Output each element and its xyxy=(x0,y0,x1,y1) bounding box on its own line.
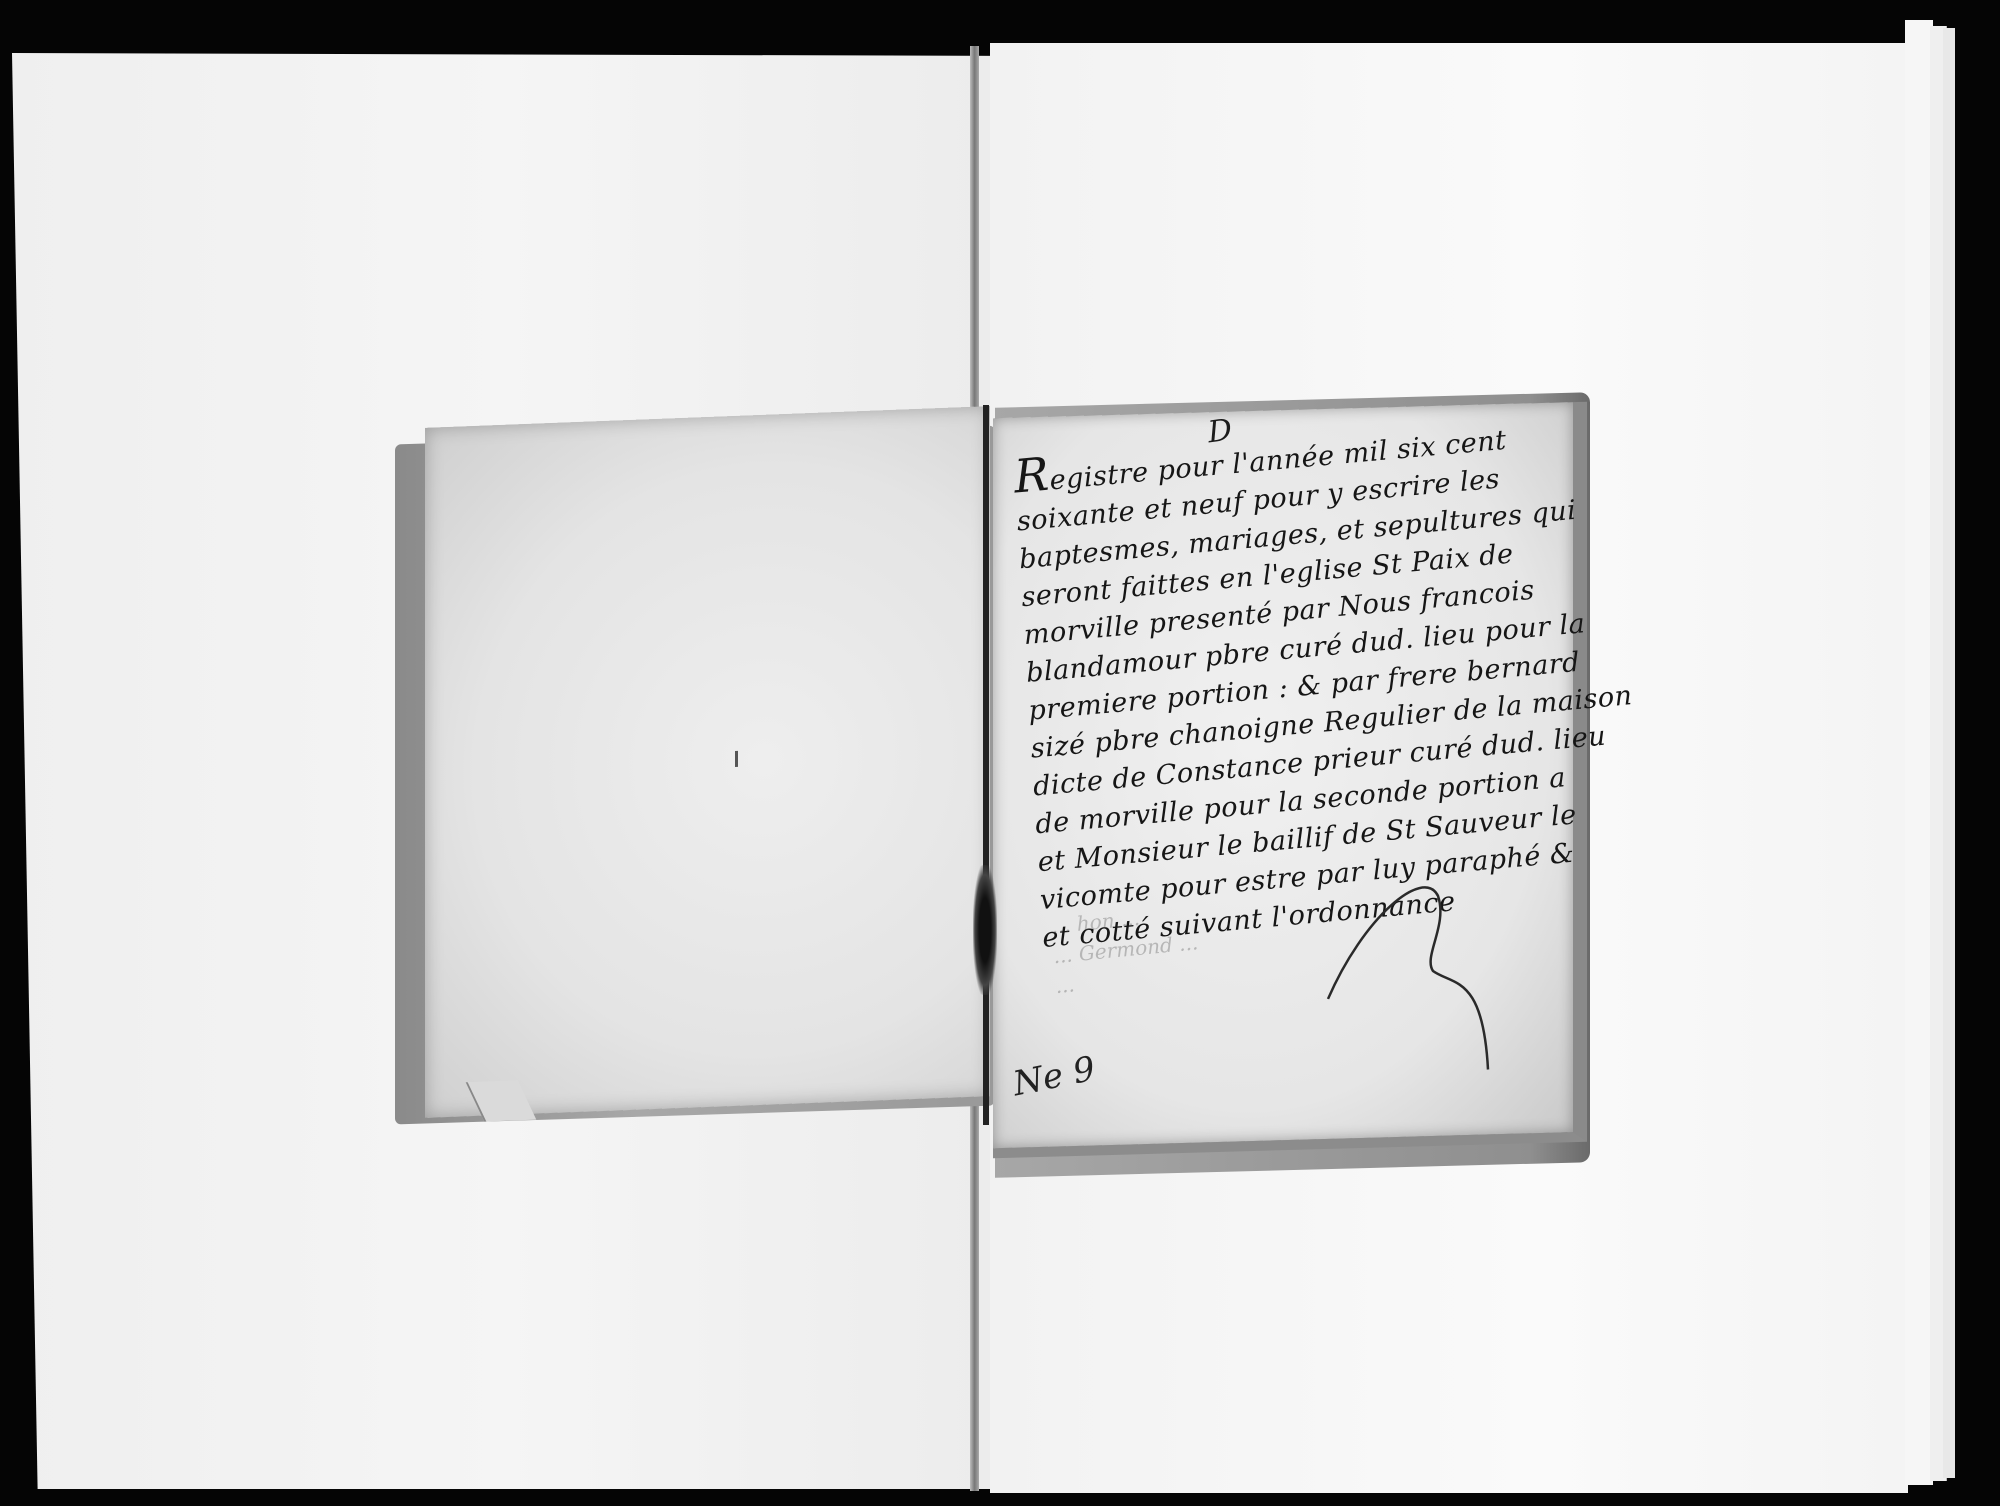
paraph-mark: Ne 9 xyxy=(1010,1049,1098,1105)
signature-flourish-icon xyxy=(1323,874,1493,1079)
backing-sheet-stack xyxy=(1943,28,1955,1478)
open-register-book: D Registre pour l'année mil six cent soi… xyxy=(395,395,1590,1175)
binding-string xyxy=(983,405,989,1125)
binding-knot xyxy=(973,865,997,995)
right-page-handwritten: D Registre pour l'année mil six cent soi… xyxy=(993,402,1587,1159)
handwritten-text-block: Registre pour l'année mil six cent soixa… xyxy=(1013,409,1593,958)
folded-corner xyxy=(466,1080,537,1121)
left-page-blank xyxy=(425,406,990,1118)
backing-sheet-stack xyxy=(1905,20,1933,1485)
ink-speck xyxy=(735,751,738,767)
